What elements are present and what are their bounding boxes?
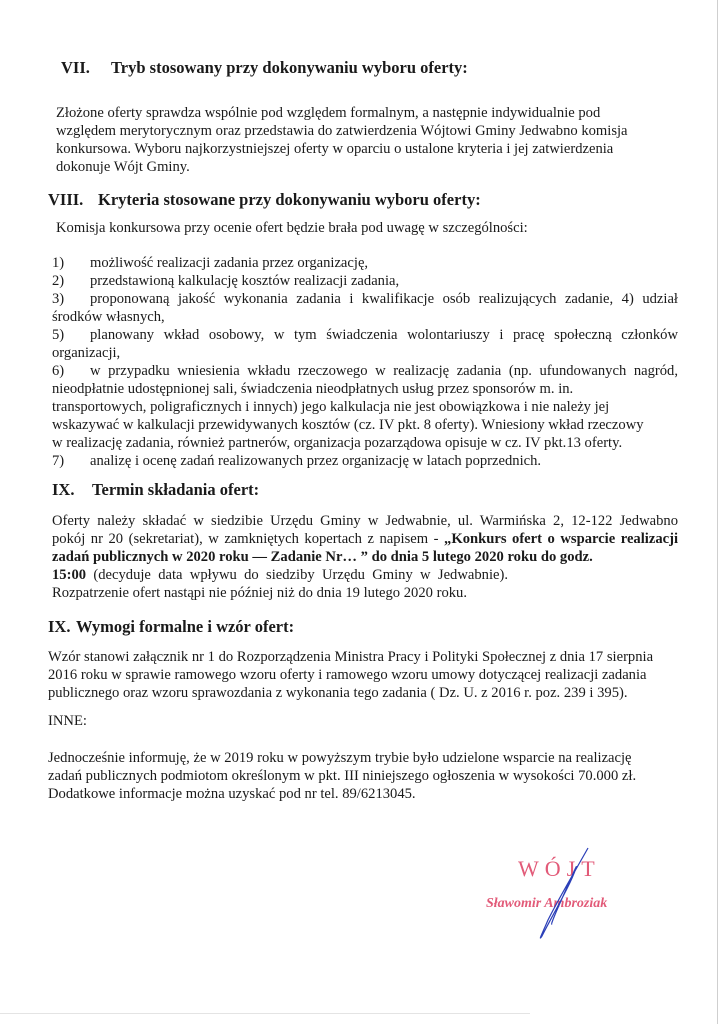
text-line: wskazywać w kalkulacji przewidywanych ko… xyxy=(52,416,678,434)
section-ix-requirements-body: Wzór stanowi załącznik nr 1 do Rozporząd… xyxy=(48,648,688,702)
list-number: 2) xyxy=(52,272,90,290)
text-line: względem merytorycznym oraz przedstawia … xyxy=(56,122,656,140)
text-line: konkursowa. Wyboru najkorzystniejszej of… xyxy=(56,140,656,158)
text-line: 15:00 (decyduje data wpływu do siedziby … xyxy=(52,566,508,584)
text-line: w realizację zadania, również partnerów,… xyxy=(52,434,678,452)
text-line: Dodatkowe informacje można uzyskać pod n… xyxy=(48,785,688,803)
list-item: 3)proponowaną jakość wykonania zadania i… xyxy=(52,290,678,326)
section-viii-heading: VIII.Kryteria stosowane przy dokonywaniu… xyxy=(48,190,481,210)
text-line: Złożone oferty sprawdza wspólnie pod wzg… xyxy=(56,104,656,122)
text-line: w przypadku wniesienia wkładu rzeczowego… xyxy=(90,363,678,379)
text-line: organizacji, xyxy=(52,344,678,362)
section-ix-requirements-heading: IX.Wymogi formalne i wzór ofert: xyxy=(48,617,294,637)
list-item: 1)możliwość realizacji zadania przez org… xyxy=(52,254,678,272)
text-line: INNE: xyxy=(48,712,87,730)
text-line: Oferty należy składać w siedzibie Urzędu… xyxy=(52,512,678,530)
list-number: 3) xyxy=(52,290,90,308)
text-line: nieodpłatnie udostępnionej sali, świadcz… xyxy=(52,380,678,398)
list-item: 2)przedstawioną kalkulację kosztów reali… xyxy=(52,272,678,290)
list-number: 6) xyxy=(52,362,90,380)
list-item: 6)w przypadku wniesienia wkładu rzeczowe… xyxy=(52,362,678,452)
section-title: Termin składania ofert: xyxy=(92,480,259,499)
text-line: zadań publicznych podmiotom określonym w… xyxy=(48,767,688,785)
section-number: IX. xyxy=(48,617,76,637)
bold-text: 15:00 xyxy=(52,567,86,583)
list-number: 7) xyxy=(52,452,90,470)
criteria-list: 1)możliwość realizacji zadania przez org… xyxy=(52,254,678,470)
section-title: Wymogi formalne i wzór ofert: xyxy=(76,617,294,636)
section-title: Tryb stosowany przy dokonywaniu wyboru o… xyxy=(111,58,468,77)
text-line: Wzór stanowi załącznik nr 1 do Rozporząd… xyxy=(48,648,688,666)
list-number: 1) xyxy=(52,254,90,272)
text-line: środków własnych, xyxy=(52,308,678,326)
text-line: pokój nr 20 (sekretariat), w zamkniętych… xyxy=(52,530,678,548)
page-edge xyxy=(717,0,718,1024)
section-title: Kryteria stosowane przy dokonywaniu wybo… xyxy=(98,190,481,209)
bold-text: „Konkurs ofert o wsparcie realizacji xyxy=(444,531,678,547)
text-span: (decyduje data wpływu do siedziby Urzędu… xyxy=(86,567,508,583)
text-line: Komisja konkursowa przy ocenie ofert będ… xyxy=(56,219,676,237)
section-number: VII. xyxy=(61,58,111,78)
text-line: Rozpatrzenie ofert nastąpi nie później n… xyxy=(52,584,678,602)
text-line: 2016 roku w sprawie ramowego wzoru ofert… xyxy=(48,666,688,684)
signature-icon xyxy=(530,846,600,946)
section-vii-body: Złożone oferty sprawdza wspólnie pod wzg… xyxy=(56,104,656,176)
text-line: planowany wkład osobowy, w tym świadczen… xyxy=(90,327,678,343)
section-viii-intro: Komisja konkursowa przy ocenie ofert będ… xyxy=(56,219,676,237)
list-item: 5)planowany wkład osobowy, w tym świadcz… xyxy=(52,326,678,362)
text-line: Jednocześnie informuję, że w 2019 roku w… xyxy=(48,749,688,767)
list-number: 5) xyxy=(52,326,90,344)
page-edge xyxy=(0,1013,530,1014)
text-line: możliwość realizacji zadania przez organ… xyxy=(90,255,368,271)
text-line: przedstawioną kalkulację kosztów realiza… xyxy=(90,273,399,289)
section-number: VIII. xyxy=(48,190,98,210)
text-line: proponowaną jakość wykonania zadania i k… xyxy=(90,291,678,307)
section-ix-deadline-heading: IX.Termin składania ofert: xyxy=(52,480,259,500)
section-ix-deadline-body: Oferty należy składać w siedzibie Urzędu… xyxy=(52,512,678,602)
other-body: Jednocześnie informuję, że w 2019 roku w… xyxy=(48,749,688,803)
other-label: INNE: xyxy=(48,712,87,730)
text-line: transportowych, poligraficznych i innych… xyxy=(52,398,678,416)
text-line: dokonuje Wójt Gminy. xyxy=(56,158,656,176)
bold-text: zadań publicznych w 2020 roku — Zadanie … xyxy=(52,549,593,565)
text-line: analizę i ocenę zadań realizowanych prze… xyxy=(90,453,541,469)
text-span: pokój nr 20 (sekretariat), w zamkniętych… xyxy=(52,531,444,547)
section-vii-heading: VII.Tryb stosowany przy dokonywaniu wybo… xyxy=(61,58,468,78)
section-number: IX. xyxy=(52,480,92,500)
list-item: 7)analizę i ocenę zadań realizowanych pr… xyxy=(52,452,678,470)
text-line: publicznego oraz wzoru sprawozdania z wy… xyxy=(48,684,688,702)
